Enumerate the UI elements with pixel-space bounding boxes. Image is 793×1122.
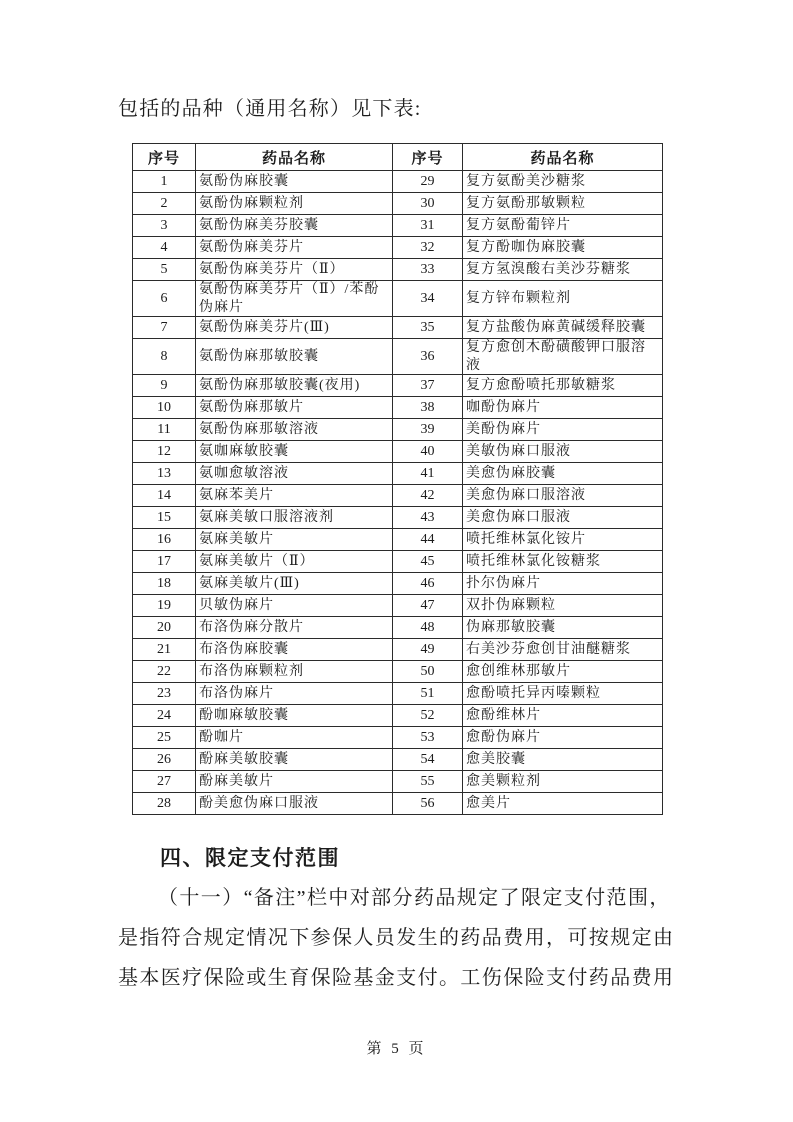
drug-name-cell: 复方氢溴酸右美沙芬糖浆 xyxy=(463,259,663,281)
drug-name-cell: 愈美胶囊 xyxy=(463,749,663,771)
drug-name-cell: 右美沙芬愈创甘油醚糖浆 xyxy=(463,639,663,661)
table-row: 21布洛伪麻胶囊49右美沙芬愈创甘油醚糖浆 xyxy=(133,639,663,661)
drug-name-cell: 美愈伪麻口服溶液 xyxy=(463,485,663,507)
table-row: 19贝敏伪麻片47双扑伪麻颗粒 xyxy=(133,595,663,617)
seq-cell: 30 xyxy=(393,193,463,215)
drug-name-cell: 复方愈创木酚磺酸钾口服溶液 xyxy=(463,339,663,375)
header-name-right: 药品名称 xyxy=(463,144,663,171)
document-page: 包括的品种（通用名称）见下表: 序号 药品名称 序号 药品名称 1氨酚伪麻胶囊2… xyxy=(0,0,793,1122)
seq-cell: 15 xyxy=(133,507,196,529)
drug-name-cell: 愈酚维林片 xyxy=(463,705,663,727)
seq-cell: 38 xyxy=(393,397,463,419)
seq-cell: 24 xyxy=(133,705,196,727)
seq-cell: 18 xyxy=(133,573,196,595)
seq-cell: 23 xyxy=(133,683,196,705)
drug-name-cell: 愈美颗粒剂 xyxy=(463,771,663,793)
seq-cell: 56 xyxy=(393,793,463,815)
drug-name-cell: 氨酚伪麻那敏片 xyxy=(196,397,393,419)
seq-cell: 52 xyxy=(393,705,463,727)
table-row: 20布洛伪麻分散片48伪麻那敏胶囊 xyxy=(133,617,663,639)
table-row: 25酚咖片53愈酚伪麻片 xyxy=(133,727,663,749)
drug-name-cell: 美愈伪麻口服液 xyxy=(463,507,663,529)
seq-cell: 6 xyxy=(133,281,196,317)
drug-name-cell: 美敏伪麻口服液 xyxy=(463,441,663,463)
seq-cell: 4 xyxy=(133,237,196,259)
seq-cell: 31 xyxy=(393,215,463,237)
seq-cell: 20 xyxy=(133,617,196,639)
drug-name-cell: 氨酚伪麻美芬片(Ⅲ) xyxy=(196,317,393,339)
seq-cell: 27 xyxy=(133,771,196,793)
drug-name-cell: 酚麻美敏片 xyxy=(196,771,393,793)
drug-name-cell: 氨酚伪麻美芬片（Ⅱ）/苯酚伪麻片 xyxy=(196,281,393,317)
drug-name-cell: 布洛伪麻片 xyxy=(196,683,393,705)
table-row: 13氨咖愈敏溶液41美愈伪麻胶囊 xyxy=(133,463,663,485)
seq-cell: 37 xyxy=(393,375,463,397)
seq-cell: 26 xyxy=(133,749,196,771)
drug-name-cell: 美酚伪麻片 xyxy=(463,419,663,441)
drug-name-cell: 布洛伪麻颗粒剂 xyxy=(196,661,393,683)
drug-name-cell: 扑尔伪麻片 xyxy=(463,573,663,595)
seq-cell: 22 xyxy=(133,661,196,683)
drug-name-cell: 酚美愈伪麻口服液 xyxy=(196,793,393,815)
drug-name-cell: 美愈伪麻胶囊 xyxy=(463,463,663,485)
table-row: 11氨酚伪麻那敏溶液39美酚伪麻片 xyxy=(133,419,663,441)
seq-cell: 32 xyxy=(393,237,463,259)
table-row: 14氨麻苯美片42美愈伪麻口服溶液 xyxy=(133,485,663,507)
header-seq-right: 序号 xyxy=(393,144,463,171)
drug-name-cell: 氨酚伪麻那敏胶囊 xyxy=(196,339,393,375)
drug-name-cell: 氨酚伪麻胶囊 xyxy=(196,171,393,193)
seq-cell: 36 xyxy=(393,339,463,375)
seq-cell: 19 xyxy=(133,595,196,617)
table-row: 16氨麻美敏片44喷托维林氯化铵片 xyxy=(133,529,663,551)
seq-cell: 51 xyxy=(393,683,463,705)
drug-name-cell: 酚咖麻敏胶囊 xyxy=(196,705,393,727)
drug-name-cell: 氨麻苯美片 xyxy=(196,485,393,507)
table-row: 17氨麻美敏片（Ⅱ）45喷托维林氯化铵糖浆 xyxy=(133,551,663,573)
seq-cell: 16 xyxy=(133,529,196,551)
seq-cell: 1 xyxy=(133,171,196,193)
drug-name-cell: 复方锌布颗粒剂 xyxy=(463,281,663,317)
table-row: 6氨酚伪麻美芬片（Ⅱ）/苯酚伪麻片34复方锌布颗粒剂 xyxy=(133,281,663,317)
drug-name-cell: 氨酚伪麻美芬胶囊 xyxy=(196,215,393,237)
seq-cell: 53 xyxy=(393,727,463,749)
table-row: 1氨酚伪麻胶囊29复方氨酚美沙糖浆 xyxy=(133,171,663,193)
table-row: 4氨酚伪麻美芬片32复方酚咖伪麻胶囊 xyxy=(133,237,663,259)
seq-cell: 10 xyxy=(133,397,196,419)
seq-cell: 40 xyxy=(393,441,463,463)
table-row: 24酚咖麻敏胶囊52愈酚维林片 xyxy=(133,705,663,727)
drug-name-cell: 酚麻美敏胶囊 xyxy=(196,749,393,771)
table-row: 2氨酚伪麻颗粒剂30复方氨酚那敏颗粒 xyxy=(133,193,663,215)
section-heading: 四、限定支付范围 xyxy=(160,842,340,872)
table-row: 8氨酚伪麻那敏胶囊36复方愈创木酚磺酸钾口服溶液 xyxy=(133,339,663,375)
seq-cell: 8 xyxy=(133,339,196,375)
seq-cell: 48 xyxy=(393,617,463,639)
drug-name-cell: 氨咖麻敏胶囊 xyxy=(196,441,393,463)
seq-cell: 42 xyxy=(393,485,463,507)
seq-cell: 9 xyxy=(133,375,196,397)
drug-name-cell: 愈酚喷托异丙嗪颗粒 xyxy=(463,683,663,705)
seq-cell: 50 xyxy=(393,661,463,683)
seq-cell: 49 xyxy=(393,639,463,661)
seq-cell: 33 xyxy=(393,259,463,281)
table-row: 22布洛伪麻颗粒剂50愈创维林那敏片 xyxy=(133,661,663,683)
seq-cell: 43 xyxy=(393,507,463,529)
seq-cell: 13 xyxy=(133,463,196,485)
seq-cell: 54 xyxy=(393,749,463,771)
drug-name-cell: 氨酚伪麻那敏胶囊(夜用) xyxy=(196,375,393,397)
body-paragraph: （十一）“备注”栏中对部分药品规定了限定支付范围，是指符合规定情况下参保人员发生… xyxy=(118,878,678,998)
seq-cell: 11 xyxy=(133,419,196,441)
seq-cell: 44 xyxy=(393,529,463,551)
drug-name-cell: 酚咖片 xyxy=(196,727,393,749)
drug-name-cell: 复方愈酚喷托那敏糖浆 xyxy=(463,375,663,397)
seq-cell: 25 xyxy=(133,727,196,749)
drug-name-cell: 复方氨酚美沙糖浆 xyxy=(463,171,663,193)
page-number: 第 5 页 xyxy=(0,1037,793,1058)
seq-cell: 46 xyxy=(393,573,463,595)
intro-text: 包括的品种（通用名称）见下表: xyxy=(118,92,422,121)
drug-name-cell: 咖酚伪麻片 xyxy=(463,397,663,419)
paragraph-line: 是指符合规定情况下参保人员发生的药品费用，可按规定由 xyxy=(118,918,678,958)
drug-name-cell: 氨麻美敏片 xyxy=(196,529,393,551)
drug-name-cell: 布洛伪麻分散片 xyxy=(196,617,393,639)
drug-name-cell: 氨咖愈敏溶液 xyxy=(196,463,393,485)
drug-name-cell: 氨酚伪麻颗粒剂 xyxy=(196,193,393,215)
drug-name-cell: 复方盐酸伪麻黄碱缓释胶囊 xyxy=(463,317,663,339)
drug-name-cell: 布洛伪麻胶囊 xyxy=(196,639,393,661)
drug-name-cell: 伪麻那敏胶囊 xyxy=(463,617,663,639)
drug-name-cell: 复方酚咖伪麻胶囊 xyxy=(463,237,663,259)
paragraph-line: 基本医疗保险或生育保险基金支付。工伤保险支付药品费用 xyxy=(118,958,678,998)
seq-cell: 12 xyxy=(133,441,196,463)
header-seq-left: 序号 xyxy=(133,144,196,171)
paragraph-line: （十一）“备注”栏中对部分药品规定了限定支付范围， xyxy=(118,878,678,918)
drug-name-cell: 愈创维林那敏片 xyxy=(463,661,663,683)
seq-cell: 55 xyxy=(393,771,463,793)
drug-name-cell: 双扑伪麻颗粒 xyxy=(463,595,663,617)
table-row: 7氨酚伪麻美芬片(Ⅲ)35复方盐酸伪麻黄碱缓释胶囊 xyxy=(133,317,663,339)
seq-cell: 35 xyxy=(393,317,463,339)
seq-cell: 28 xyxy=(133,793,196,815)
table-row: 28酚美愈伪麻口服液56愈美片 xyxy=(133,793,663,815)
table-header-row: 序号 药品名称 序号 药品名称 xyxy=(133,144,663,171)
seq-cell: 39 xyxy=(393,419,463,441)
header-name-left: 药品名称 xyxy=(196,144,393,171)
drug-name-cell: 复方氨酚那敏颗粒 xyxy=(463,193,663,215)
seq-cell: 29 xyxy=(393,171,463,193)
table-row: 5氨酚伪麻美芬片（Ⅱ）33复方氢溴酸右美沙芬糖浆 xyxy=(133,259,663,281)
drug-name-cell: 氨酚伪麻那敏溶液 xyxy=(196,419,393,441)
seq-cell: 45 xyxy=(393,551,463,573)
table-row: 26酚麻美敏胶囊54愈美胶囊 xyxy=(133,749,663,771)
table-row: 3氨酚伪麻美芬胶囊31复方氨酚葡锌片 xyxy=(133,215,663,237)
seq-cell: 47 xyxy=(393,595,463,617)
drug-name-cell: 氨麻美敏片（Ⅱ） xyxy=(196,551,393,573)
drug-table: 序号 药品名称 序号 药品名称 1氨酚伪麻胶囊29复方氨酚美沙糖浆2氨酚伪麻颗粒… xyxy=(132,143,663,815)
seq-cell: 17 xyxy=(133,551,196,573)
table-row: 15氨麻美敏口服溶液剂43美愈伪麻口服液 xyxy=(133,507,663,529)
drug-name-cell: 贝敏伪麻片 xyxy=(196,595,393,617)
table-row: 10氨酚伪麻那敏片38咖酚伪麻片 xyxy=(133,397,663,419)
drug-name-cell: 复方氨酚葡锌片 xyxy=(463,215,663,237)
drug-name-cell: 喷托维林氯化铵片 xyxy=(463,529,663,551)
drug-name-cell: 愈美片 xyxy=(463,793,663,815)
drug-name-cell: 氨酚伪麻美芬片 xyxy=(196,237,393,259)
seq-cell: 21 xyxy=(133,639,196,661)
table-row: 23布洛伪麻片51愈酚喷托异丙嗪颗粒 xyxy=(133,683,663,705)
drug-name-cell: 氨麻美敏口服溶液剂 xyxy=(196,507,393,529)
seq-cell: 5 xyxy=(133,259,196,281)
seq-cell: 34 xyxy=(393,281,463,317)
seq-cell: 7 xyxy=(133,317,196,339)
table-row: 18氨麻美敏片(Ⅲ)46扑尔伪麻片 xyxy=(133,573,663,595)
drug-table-body: 1氨酚伪麻胶囊29复方氨酚美沙糖浆2氨酚伪麻颗粒剂30复方氨酚那敏颗粒3氨酚伪麻… xyxy=(133,171,663,815)
seq-cell: 3 xyxy=(133,215,196,237)
seq-cell: 2 xyxy=(133,193,196,215)
table-row: 9氨酚伪麻那敏胶囊(夜用)37复方愈酚喷托那敏糖浆 xyxy=(133,375,663,397)
seq-cell: 41 xyxy=(393,463,463,485)
table-row: 12氨咖麻敏胶囊40美敏伪麻口服液 xyxy=(133,441,663,463)
drug-name-cell: 喷托维林氯化铵糖浆 xyxy=(463,551,663,573)
seq-cell: 14 xyxy=(133,485,196,507)
table-row: 27酚麻美敏片55愈美颗粒剂 xyxy=(133,771,663,793)
drug-name-cell: 氨酚伪麻美芬片（Ⅱ） xyxy=(196,259,393,281)
drug-name-cell: 愈酚伪麻片 xyxy=(463,727,663,749)
drug-name-cell: 氨麻美敏片(Ⅲ) xyxy=(196,573,393,595)
